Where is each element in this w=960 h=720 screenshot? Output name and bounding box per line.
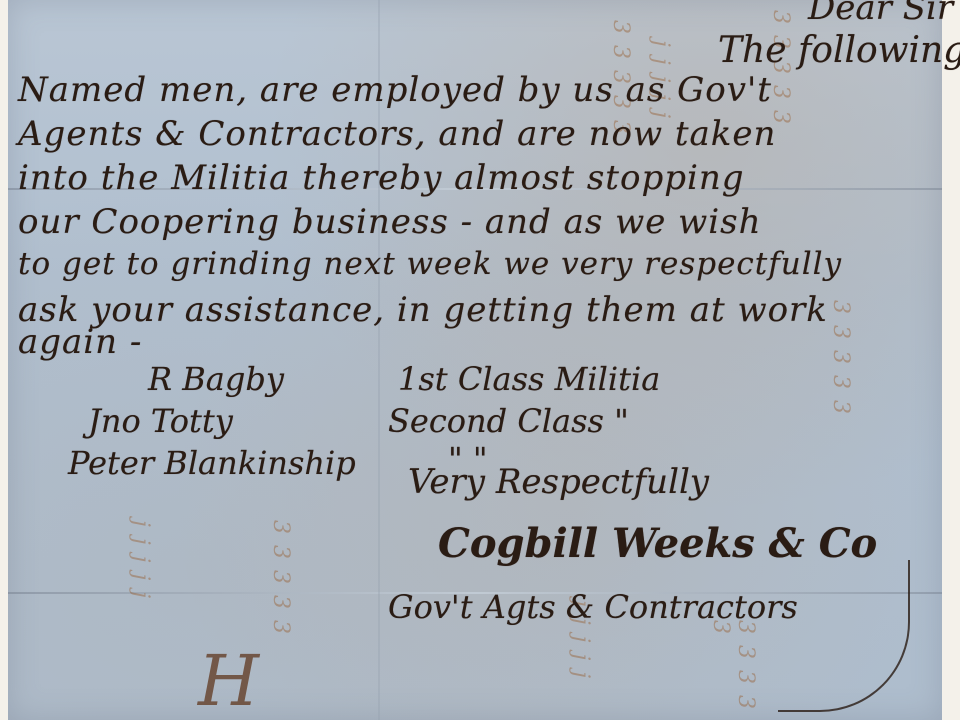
- bleed-through-ink: j j j j j: [128, 520, 153, 600]
- bleed-through-ink: 3 3 3 3 3: [268, 520, 293, 636]
- body-line: Named men, are employed by us as Gov't: [18, 70, 772, 110]
- signature-flourish: [778, 560, 910, 712]
- bleed-through-ink: 3 3 3 3 3: [828, 300, 853, 416]
- body-line: to get to grinding next week we very res…: [18, 246, 842, 282]
- roster-class: Second Class ": [388, 402, 629, 440]
- closing: Very Respectfully: [408, 462, 709, 502]
- letter-opening: The following: [718, 30, 960, 71]
- body-line: our Coopering business - and as we wish: [18, 202, 762, 242]
- roster-class: 1st Class Militia: [398, 360, 660, 398]
- body-line: again -: [18, 322, 142, 362]
- body-line: into the Militia thereby almost stopping: [18, 158, 745, 198]
- signature-title: Gov't Agts & Contractors: [388, 588, 798, 626]
- margin-mark: H: [198, 640, 258, 720]
- bleed-through-ink: 3 3 3 3 3: [708, 620, 758, 720]
- roster-name: Jno Totty: [88, 402, 233, 440]
- roster-name: Peter Blankinship: [68, 444, 356, 482]
- salutation: Dear Sir: [808, 0, 953, 28]
- body-line: Agents & Contractors, and are now taken: [18, 114, 776, 154]
- roster-name: R Bagby: [148, 360, 284, 398]
- letter-paper: 3 3 3 3 3 j j j j j 3 3 3 3 3 3 3 3 3 3 …: [8, 0, 942, 720]
